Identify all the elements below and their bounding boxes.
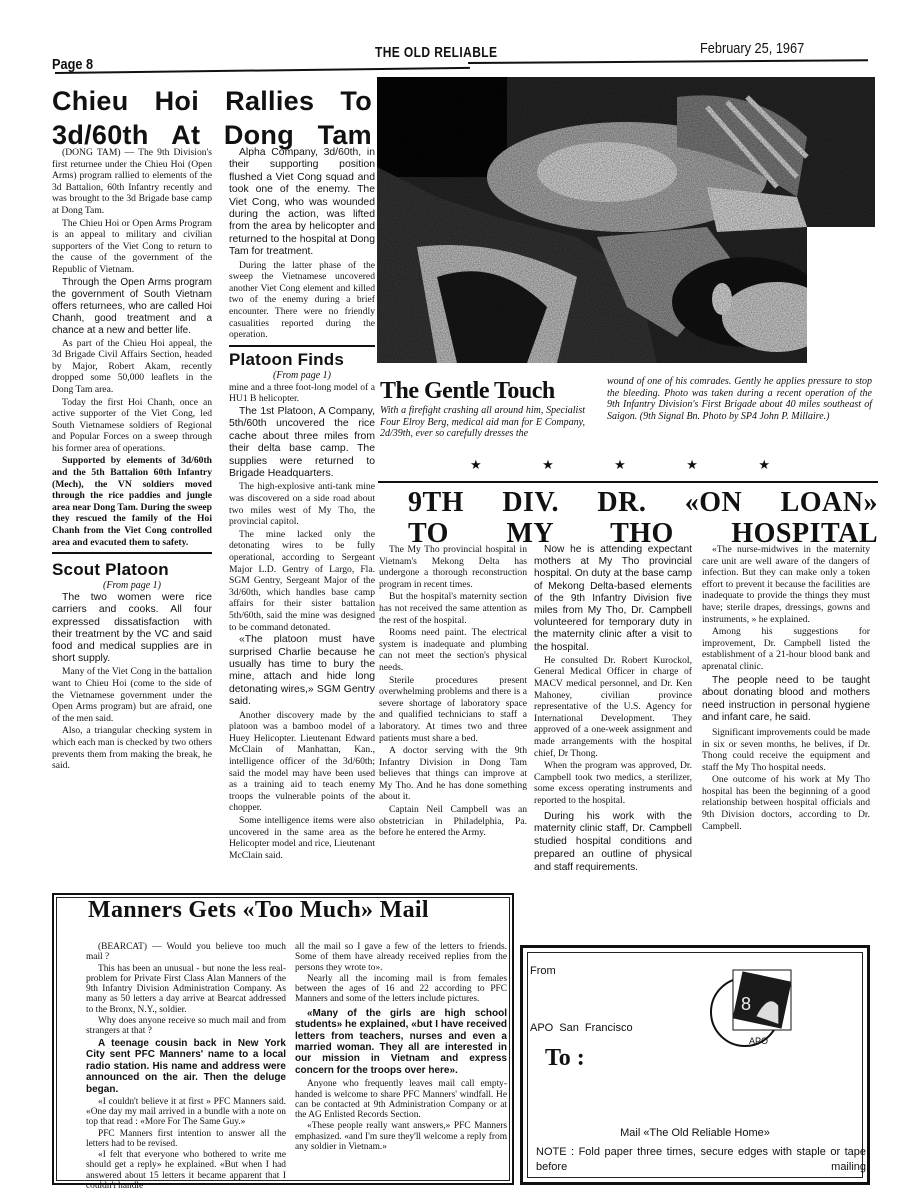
article-paragraph: Alpha Company, 3d/60th, in their support… — [229, 147, 375, 259]
photo-title: The Gentle Touch — [380, 378, 555, 405]
article-paragraph: A doctor serving with the 9th Infantry D… — [379, 745, 527, 803]
article-paragraph: «Many of the girls are high school stude… — [295, 1008, 507, 1076]
gentry-quote: «The platoon must have surprised Charlie… — [229, 634, 375, 708]
chieu-hoi-headline: Chieu Hoi Rallies To 3d/60th At Dong Tam — [52, 84, 372, 152]
article-paragraph: Sterile procedures present overwhelming … — [379, 675, 527, 745]
on-loan-column-1: The My Tho provincial hospital in Vietna… — [379, 544, 527, 840]
headline-line: Chieu Hoi Rallies To — [52, 84, 372, 118]
article-paragraph: This has been an unusual - but none the … — [86, 964, 286, 1015]
on-loan-column-2: Now he is attending expectant mothers at… — [534, 544, 692, 876]
star-icon: ★ — [542, 457, 554, 473]
star-icon: ★ — [470, 457, 482, 473]
article-paragraph: Captain Neil Campbell was an obstetricia… — [379, 804, 527, 839]
star-divider: ★ ★ ★ ★ ★ — [470, 457, 770, 473]
newspaper-title: THE OLD RELIABLE — [375, 44, 497, 61]
postage-stamp-icon: 8 APO — [705, 962, 795, 1052]
folding-note: NOTE : Fold paper three times, secure ed… — [536, 1145, 866, 1175]
on-loan-column-3: «The nurse-midwives in the maternity car… — [702, 544, 870, 833]
article-paragraph: The high-explosive anti-tank mine was di… — [229, 481, 375, 527]
article-paragraph: A teenage cousin back in New York City s… — [86, 1038, 286, 1096]
article-paragraph: Many of the Viet Cong in the battalion w… — [52, 666, 212, 724]
article-paragraph: Why does anyone receive so much mail and… — [86, 1016, 286, 1037]
issue-date: February 25, 1967 — [700, 40, 804, 57]
article-paragraph: The people need to be taught about donat… — [702, 675, 870, 725]
star-icon: ★ — [686, 457, 698, 473]
star-icon: ★ — [614, 457, 626, 473]
article-paragraph: mine and a three foot-long model of a HU… — [229, 382, 375, 405]
page-number: Page 8 — [52, 56, 93, 73]
article-paragraph: The 1st Platoon, A Company, 5th/60th unc… — [229, 406, 375, 480]
article-paragraph: The two women were rice carriers and coo… — [52, 592, 212, 665]
gentle-touch-photo — [377, 77, 875, 363]
platoon-finds-heading: Platoon Finds — [229, 350, 375, 370]
article-paragraph: As part of the Chieu Hoi appeal, the 3d … — [52, 338, 212, 396]
article-paragraph: Significant improvements could be made i… — [702, 727, 870, 773]
article-paragraph: «The nurse-midwives in the maternity car… — [702, 544, 870, 625]
section-divider — [52, 552, 212, 554]
article-paragraph: «These people really want answers,» PFC … — [295, 1121, 507, 1152]
photo-caption-right: wound of one of his comrades. Gently he … — [607, 376, 872, 422]
article-paragraph: PFC Manners first intention to answer al… — [86, 1129, 286, 1150]
continuation-note: (From page 1) — [52, 580, 212, 592]
manners-column-2: all the mail so I gave a few of the lett… — [295, 942, 507, 1153]
article-paragraph: During his work with the maternity clini… — [534, 811, 692, 875]
article-paragraph: «I felt that everyone who bothered to wr… — [86, 1150, 286, 1191]
article-paragraph: all the mail so I gave a few of the lett… — [295, 942, 507, 973]
article-paragraph: Supported by elements of 3d/60th and the… — [52, 455, 212, 548]
article-paragraph: Today the first Hoi Chanh, once an activ… — [52, 397, 212, 455]
article-paragraph: (DONG TAM) — The 9th Division's first re… — [52, 147, 212, 217]
article-paragraph: Nearly all the incoming mail is from fem… — [295, 974, 507, 1005]
article-paragraph: But the hospital's maternity section has… — [379, 591, 527, 626]
photo-caption-left: With a firefight crashing all around him… — [380, 405, 585, 440]
chieu-hoi-column-2: Alpha Company, 3d/60th, in their support… — [229, 147, 375, 862]
manners-column-1: (BEARCAT) — Would you believe too much m… — [86, 942, 286, 1192]
chieu-hoi-column-1: (DONG TAM) — The 9th Division's first re… — [52, 147, 212, 773]
article-paragraph: During the latter phase of the sweep the… — [229, 260, 375, 341]
section-divider — [229, 345, 375, 347]
to-label: To : — [545, 1045, 585, 1072]
article-paragraph: Through the Open Arms program the govern… — [52, 277, 212, 337]
article-paragraph: Also, a triangular checking system in wh… — [52, 725, 212, 771]
apo-label: APO San Francisco — [530, 1022, 633, 1034]
section-divider — [378, 481, 878, 483]
article-paragraph: When the program was approved, Dr. Campb… — [534, 760, 692, 806]
from-label: From — [530, 965, 556, 977]
continuation-note: (From page 1) — [229, 370, 375, 382]
star-icon: ★ — [758, 457, 770, 473]
photo-image — [377, 77, 875, 363]
article-paragraph: He consulted Dr. Robert Kurockol, Genera… — [534, 655, 692, 759]
svg-text:APO: APO — [749, 1036, 768, 1046]
article-paragraph: Now he is attending expectant mothers at… — [534, 544, 692, 654]
headline-line: 9TH DIV. DR. «ON LOAN» — [408, 487, 878, 518]
article-paragraph: One outcome of his work at My Tho hospit… — [702, 774, 870, 832]
svg-text:8: 8 — [741, 994, 751, 1014]
article-paragraph: The Chieu Hoi or Open Arms Program is an… — [52, 218, 212, 276]
masthead-rule — [468, 59, 868, 64]
article-paragraph: Rooms need paint. The electrical system … — [379, 627, 527, 673]
scout-platoon-heading: Scout Platoon — [52, 560, 212, 580]
article-paragraph: Anyone who frequently leaves mail call e… — [295, 1079, 507, 1120]
article-paragraph: Some intelligence items were also uncove… — [229, 815, 375, 861]
on-loan-headline: 9TH DIV. DR. «ON LOAN» TO MY THO HOSPITA… — [408, 487, 878, 549]
article-paragraph: The mine lacked only the detonating wire… — [229, 529, 375, 633]
mail-instruction: Mail «The Old Reliable Home» — [520, 1127, 870, 1139]
masthead-rule — [55, 67, 470, 74]
article-paragraph: The My Tho provincial hospital in Vietna… — [379, 544, 527, 590]
article-paragraph: Among his suggestions for improvement, D… — [702, 626, 870, 672]
article-paragraph: (BEARCAT) — Would you believe too much m… — [86, 942, 286, 963]
manners-headline: Manners Gets «Too Much» Mail — [88, 897, 508, 924]
article-paragraph: «I couldn't believe it at first » PFC Ma… — [86, 1097, 286, 1128]
article-paragraph: Another discovery made by the platoon wa… — [229, 710, 375, 814]
